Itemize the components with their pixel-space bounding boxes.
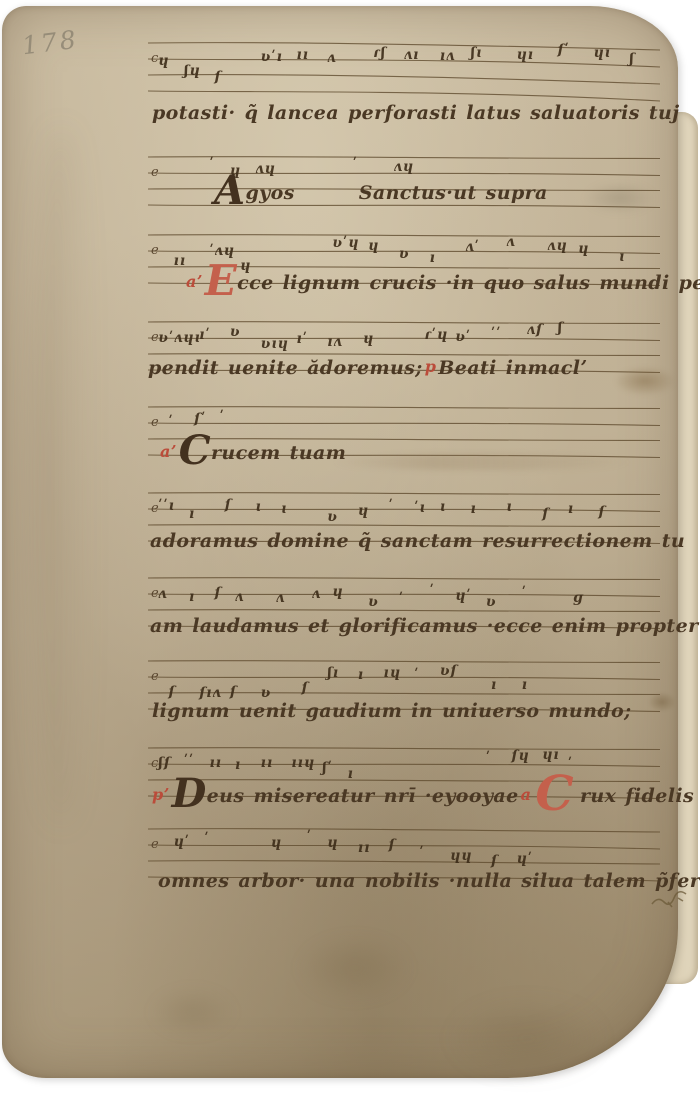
illuminated-initial: E: [205, 256, 237, 305]
neume-cluster: ʋſ: [440, 664, 458, 678]
chant-text: potasti· q̃ lancea perforasti latus salu…: [152, 102, 679, 124]
illuminated-initial: C: [179, 427, 211, 474]
neume-cluster: ʋ: [230, 325, 241, 339]
neume-cluster: ʃ: [558, 321, 564, 335]
neume-cluster: ʹ: [220, 410, 225, 424]
neume-cluster: ſ: [302, 681, 309, 695]
clef-letter-icon: e: [151, 165, 159, 180]
neume-cluster: ɥ: [358, 504, 369, 518]
neume-cluster: ſʹ: [558, 43, 570, 57]
neume-cluster: ıı: [261, 756, 274, 770]
chant-system: eʋʹʌɥɩıʹʋʋɩɥıʹıʌɥɾʹɥʋʹʹʹʌſʃpendit uenite…: [148, 319, 660, 397]
chant-text-line: AgyosSanctus·ut supra: [214, 184, 548, 203]
neume-cluster: ɥ: [158, 54, 169, 68]
chant-text-line: pendit uenite ădoremus;pBeati inmaclʼ: [148, 359, 587, 378]
neume-cluster: ʌ: [276, 591, 285, 605]
neume-cluster: ʋ: [399, 247, 410, 261]
neume-cluster: ʋ: [368, 595, 379, 609]
neume-cluster: ɥɥ: [450, 849, 472, 863]
neume-cluster: ſɥ: [512, 749, 530, 763]
chant-text: rux fidelis inter: [580, 785, 700, 807]
chant-text: omnes arbor· una nobilis ·nulla silua ta…: [158, 870, 700, 892]
parchment-stain: [447, 996, 607, 1081]
rubric-mark: pʼ: [150, 785, 172, 804]
neume-cluster: ʋʹʌɥɩ: [158, 331, 201, 345]
rubric-mark: p: [423, 357, 439, 376]
neume-cluster: ſ: [168, 685, 175, 699]
neume-cluster: ʋ: [261, 686, 272, 700]
chant-system: eʌıſʌʌʌɥʋʹʹɥʹʋʹɡam laudamus et glorifica…: [148, 575, 660, 653]
neume-cluster: ʹ: [419, 846, 424, 860]
illuminated-initial: A: [214, 167, 245, 214]
neume-cluster: ʹ: [168, 415, 173, 429]
parchment-stain: [150, 988, 235, 1036]
neume-cluster: ı: [522, 678, 528, 692]
chant-text-line: omnes arbor· una nobilis ·nulla silua ta…: [158, 872, 700, 891]
neume-cluster: ʌ: [506, 235, 515, 249]
neume-cluster: ıı: [209, 756, 222, 770]
neume-cluster: ʹ: [353, 157, 358, 171]
chant-text: Beati inmaclʼ: [438, 357, 587, 379]
neume-cluster: ʹ: [486, 751, 491, 765]
clef-letter-icon: e: [151, 415, 159, 430]
neume-cluster: ʋʹı: [261, 50, 283, 64]
illuminated-initial: C: [533, 766, 580, 822]
neume-cluster: ıʹ: [296, 332, 308, 346]
chant-text: gyos: [245, 182, 294, 204]
neume-cluster: ʌʹ: [465, 240, 479, 254]
clef-letter-icon: e: [151, 837, 159, 852]
neume-cluster: ʋʹɥ: [332, 236, 359, 250]
chant-text: pendit uenite ădoremus;: [148, 357, 423, 379]
neume-cluster: ʹʹɩ: [158, 499, 175, 513]
neume-cluster: ɡ: [573, 591, 584, 605]
neume-cluster: ʃ: [629, 52, 635, 66]
neume-cluster: ʌɥ: [547, 239, 567, 253]
chant-text-line: aʼCrucem tuam: [158, 444, 346, 463]
neume-cluster: ʃı: [327, 666, 339, 680]
neume-cluster: ɩ: [440, 500, 446, 514]
marginal-flourish-icon: [650, 888, 694, 912]
chant-text: eus misereatur nrī ·eyooyae: [207, 785, 519, 807]
neume-cluster: ɥʹ: [455, 589, 471, 603]
neume-cluster: ſ: [599, 505, 606, 519]
neume-cluster: ʌɥ: [256, 162, 276, 176]
neume-cluster: ʃʹ: [322, 761, 333, 775]
neume-cluster: ʹ: [430, 584, 435, 598]
neume-cluster: ɥ: [332, 585, 343, 599]
chant-text-line: pʼDeus misereatur nrī ·eyooyaeaCrux fide…: [150, 787, 700, 806]
neume-cluster: ʌ: [327, 51, 336, 65]
neume-cluster: ɥ: [271, 836, 282, 850]
neume-cluster: ɥ: [363, 332, 374, 346]
neume-cluster: ʹ: [204, 832, 209, 846]
neume-cluster: ʹʹ: [491, 327, 501, 341]
neume-cluster: ʹ: [414, 668, 419, 682]
chant-system: eʹʹɩıſɩɩʋɥʹʹɩɩıɩſıſadoramus domine q̃ sa…: [148, 490, 660, 568]
neume-cluster: ʋ: [486, 595, 497, 609]
rubric-mark: aʼ: [184, 272, 205, 291]
neume-cluster: ı: [189, 507, 195, 521]
left-edge-shading: [32, 126, 92, 826]
neume-cluster: ıʹ: [199, 328, 211, 342]
clef-letter-icon: e: [151, 669, 159, 684]
neume-cluster: ʌ: [235, 590, 244, 604]
chant-text: adoramus domine q̃ sanctam resurrectione…: [150, 530, 685, 552]
neume-cluster: ʌı: [404, 48, 419, 62]
neume-cluster: ıı: [174, 254, 187, 268]
neume-cluster: ʋʹ: [455, 330, 471, 344]
neume-cluster: ı: [189, 590, 195, 604]
neume-cluster: ı: [235, 758, 241, 772]
chant-system: eııʹʌɥɥʋʹɥɥʋıʌʹʌʌɥɥɩaʼEcce lignum crucis…: [148, 232, 660, 310]
neume-cluster: ſ: [542, 507, 549, 521]
neume-cluster: ɾʃ: [373, 46, 386, 60]
neume-cluster: ʌſ: [527, 323, 543, 337]
neume-cluster: ɥ: [327, 836, 338, 850]
rubric-mark: a: [519, 785, 534, 804]
neume-cluster: ıı: [358, 841, 371, 855]
chant-text: am laudamus et glorificamus ·ecce enim p…: [150, 615, 699, 637]
neume-cluster: ı: [358, 668, 364, 682]
illuminated-initial: D: [172, 770, 207, 817]
neume-cluster: ʹ: [522, 586, 527, 600]
neume-cluster: ſ: [215, 586, 222, 600]
neume-cluster: ɥ: [578, 242, 589, 256]
neume-cluster: ʋ: [327, 510, 338, 524]
neume-cluster: ſ: [215, 70, 222, 84]
neume-cluster: ɩ: [281, 502, 287, 516]
neume-cluster: ʹ: [307, 830, 312, 844]
neume-cluster: ı: [471, 502, 477, 516]
chant-system: eɥʹʹɥʹɥııſʹɥɥſɥʹomnes arbor· una nobilis…: [148, 826, 660, 904]
neume-cluster: ʹʹ: [184, 754, 194, 768]
chant-system: cɥʃɥſʋʹıııʌɾʃʌııʌʃɩɥıſʹɥɩʃpotasti· q̃ la…: [148, 40, 660, 118]
chant-text-line: potasti· q̃ lancea perforasti latus salu…: [152, 104, 679, 123]
chant-text: lignum uenit gaudium in uniuerso mundo;: [152, 700, 632, 722]
neume-cluster: ʌ: [312, 587, 321, 601]
neume-cluster: ııɥ: [291, 756, 315, 770]
neume-cluster: ʹɩ: [414, 501, 426, 515]
neume-cluster: ʃſ: [158, 756, 171, 770]
neume-cluster: ı: [491, 678, 497, 692]
neume-cluster: ɾʹɥ: [424, 328, 448, 342]
chant-system: cʃſʹʹıııııııɥʃʹıʹſɥɥıʹpʼDeus misereatur …: [148, 745, 660, 823]
neume-cluster: ɥ: [240, 259, 251, 273]
neume-cluster: ſ: [389, 838, 396, 852]
neume-cluster: ɩ: [256, 500, 262, 514]
manuscript-photo: 178 cɥʃɥſʋʹıııʌɾʃʌııʌʃɩɥıſʹɥɩʃpotasti· q…: [0, 0, 700, 1117]
neume-cluster: ʋɩɥ: [261, 337, 289, 351]
neume-cluster: ʃɥ: [184, 64, 201, 78]
neume-cluster: ɥ: [368, 239, 379, 253]
parchment-stain: [297, 934, 412, 1002]
neume-cluster: ıʌ: [327, 335, 342, 349]
neume-cluster: ſ: [491, 854, 498, 868]
neume-cluster: ıʌ: [440, 49, 455, 63]
neume-cluster: ɩ: [506, 500, 512, 514]
neume-cluster: ı: [348, 767, 354, 781]
neume-cluster: ɩ: [619, 250, 625, 264]
neume-cluster: ɥʹ: [174, 835, 190, 849]
clef-letter-icon: e: [151, 243, 159, 258]
chant-system: eſſıʌſʋſʃıııɥʹʋſıılignum uenit gaudium i…: [148, 658, 660, 736]
neume-cluster: ſ: [225, 498, 232, 512]
neume-cluster: ı: [430, 251, 436, 265]
neume-cluster: ɥʹ: [517, 852, 533, 866]
neume-cluster: ʹ: [389, 499, 394, 513]
neume-cluster: ɥı: [542, 748, 560, 762]
rubric-mark: aʼ: [158, 442, 179, 461]
neume-cluster: ʌ: [158, 587, 167, 601]
neume-cluster: ʃɩ: [471, 46, 483, 60]
neume-cluster: ı: [568, 502, 574, 516]
chant-text: cce lignum crucis ·in quo salus mundi pe: [237, 272, 700, 294]
chant-system: eʹɥʌɥʹʌɥAgyosSanctus·ut supra: [148, 154, 660, 232]
neume-cluster: ſ: [230, 685, 237, 699]
chant-text-line: am laudamus et glorificamus ·ecce enim p…: [150, 617, 699, 636]
chant-text: rucem tuam: [211, 442, 346, 464]
chant-text-line: lignum uenit gaudium in uniuerso mundo;: [152, 702, 632, 721]
neume-cluster: ʹ: [399, 592, 404, 606]
chant-text-line: aʼEcce lignum crucis ·in quo salus mundi…: [184, 274, 700, 293]
folio-number: 178: [20, 25, 80, 61]
chant-text: Sanctus·ut supra: [359, 182, 548, 204]
neume-cluster: ıɥ: [384, 666, 402, 680]
neume-cluster: ʌɥ: [394, 160, 414, 174]
neume-cluster: ɥı: [517, 48, 535, 62]
manuscript-page: 178 cɥʃɥſʋʹıııʌɾʃʌııʌʃɩɥıſʹɥɩʃpotasti· q…: [2, 6, 678, 1078]
chant-text-line: adoramus domine q̃ sanctam resurrectione…: [150, 532, 685, 551]
neume-cluster: ſıʌ: [199, 686, 221, 700]
neume-cluster: ſʹ: [194, 412, 206, 426]
neume-cluster: ɥɩ: [593, 46, 611, 60]
chant-system: eʹſʹʹaʼCrucem tuam: [148, 404, 660, 482]
neume-cluster: ıı: [296, 48, 309, 62]
